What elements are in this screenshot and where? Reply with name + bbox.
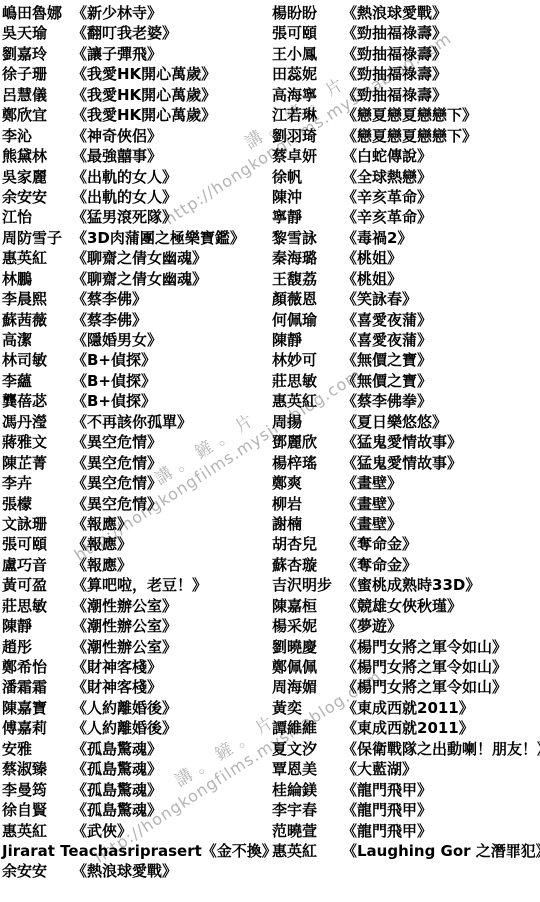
- film-title: 《蜜桃成熟時33D》: [342, 575, 480, 595]
- film-title: 《蔡李佛拳》: [342, 391, 432, 411]
- film-title: 《潮性辦公室》: [72, 616, 177, 636]
- actress-name: 陳靜: [272, 330, 342, 350]
- actress-name: 蘇茜薇: [2, 310, 72, 330]
- film-title: 《蔡李佛》: [72, 310, 147, 330]
- list-item: 惠英紅 《蔡李佛拳》: [272, 391, 540, 411]
- film-title: 《不再該你孤單》: [72, 412, 192, 432]
- actress-name: 江怡: [2, 207, 72, 227]
- list-item: 劉曉慶 《楊門女將之軍令如山》: [272, 637, 540, 657]
- film-list-column-left: 嶋田魯娜 《新少林寺》 吳天瑜 《翻叮我老婆》 劉嘉玲 《讓子彈飛》 徐子珊 《…: [2, 3, 272, 882]
- actress-name: 楊梓瑤: [272, 453, 342, 473]
- list-item: 惠英紅 《武俠》: [2, 821, 272, 841]
- list-item: 周揚 《夏日樂悠悠》: [272, 412, 540, 432]
- list-item: 李蘊 《B+偵探》: [2, 371, 272, 391]
- actress-name: 劉羽琦: [272, 126, 342, 146]
- actress-name: 寧靜: [272, 207, 342, 227]
- list-item: 高潔 《隱婚男女》: [2, 330, 272, 350]
- actress-name: 馮丹瀅: [2, 412, 72, 432]
- film-title: 《戀夏戀夏戀戀下》: [342, 105, 477, 125]
- actress-name: 趙彤: [2, 637, 72, 657]
- list-item: 劉羽琦 《戀夏戀夏戀戀下》: [272, 126, 540, 146]
- actress-name: 楊盼盼: [272, 3, 342, 23]
- film-title: 《無價之寶》: [342, 371, 432, 391]
- film-title: 《財神客棧》: [72, 677, 162, 697]
- film-title: 《競雄女俠秋瑾》: [342, 596, 462, 616]
- film-title: 《畫壁》: [342, 494, 402, 514]
- film-title: 《猛鬼愛情故事》: [342, 453, 462, 473]
- list-item: 陳嘉寶 《人約離婚後》: [2, 698, 272, 718]
- actress-name: 林司敏: [2, 350, 72, 370]
- actress-name: 何佩瑜: [272, 310, 342, 330]
- actress-name: 潘霜霜: [2, 677, 72, 697]
- film-list-page: 講。鏟。片 http://hongkongfilms.mysinablog.co…: [0, 0, 540, 902]
- list-item: 莊思敏 《無價之寶》: [272, 371, 540, 391]
- list-item: 陳芷菁 《異空危情》: [2, 453, 272, 473]
- film-title: 《夢遊》: [342, 616, 402, 636]
- list-item: 熊黛林 《最強囍事》: [2, 146, 272, 166]
- film-title: 《金不換》: [202, 841, 277, 861]
- list-item: 李沁 《神奇俠侶》: [2, 126, 272, 146]
- film-title: 《畫壁》: [342, 514, 402, 534]
- list-item: 桂綸鎂 《龍門飛甲》: [272, 780, 540, 800]
- film-title: 《勁抽福祿壽》: [342, 44, 447, 64]
- list-item: 李宇春 《龍門飛甲》: [272, 800, 540, 820]
- actress-name: 陳芷菁: [2, 453, 72, 473]
- actress-name: 林鵬: [2, 269, 72, 289]
- list-item: 張可頤 《勁抽福祿壽》: [272, 23, 540, 43]
- actress-name: 李曼筠: [2, 780, 72, 800]
- film-title: 《熱浪球愛戰》: [72, 861, 177, 881]
- film-title: 《報應》: [72, 534, 132, 554]
- list-item: 夏文汐 《保衛戰隊之出動喇！朋友！》: [272, 739, 540, 759]
- film-title: 《猛男滾死隊》: [72, 207, 177, 227]
- film-title: 《喜愛夜蒲》: [342, 330, 432, 350]
- film-title: 《隱婚男女》: [72, 330, 162, 350]
- list-item: 張可頤 《報應》: [2, 534, 272, 554]
- actress-name: 吳家麗: [2, 167, 72, 187]
- list-item: 林司敏 《B+偵探》: [2, 350, 272, 370]
- list-item: 盧巧音 《報應》: [2, 555, 272, 575]
- list-item: 陳靜 《潮性辦公室》: [2, 616, 272, 636]
- film-title: 《財神客棧》: [72, 657, 162, 677]
- actress-name: 李卉: [2, 473, 72, 493]
- film-title: 《大藍湖》: [342, 759, 417, 779]
- list-item: 楊采妮 《夢遊》: [272, 616, 540, 636]
- actress-name: 劉曉慶: [272, 637, 342, 657]
- film-title: 《桃姐》: [342, 269, 402, 289]
- list-item: 陳沖 《辛亥革命》: [272, 187, 540, 207]
- actress-name: 蔡淑臻: [2, 759, 72, 779]
- actress-name: 鄭爽: [272, 473, 342, 493]
- actress-name: 鄭希怡: [2, 657, 72, 677]
- film-title: 《異空危情》: [72, 432, 162, 452]
- list-item: 胡杏兒 《奪命金》: [272, 534, 540, 554]
- film-title: 《楊門女將之軍令如山》: [342, 657, 507, 677]
- film-title: 《夏日樂悠悠》: [342, 412, 447, 432]
- film-title: 《出軌的女人》: [72, 187, 177, 207]
- list-item: 王小鳳 《勁抽福祿壽》: [272, 44, 540, 64]
- actress-name: 莊思敏: [2, 596, 72, 616]
- list-item: 余安安 《熱浪球愛戰》: [2, 861, 272, 881]
- actress-name: 吉沢明步: [272, 575, 342, 595]
- film-title: 《我愛HK開心萬歲》: [72, 64, 216, 84]
- film-title: 《毒禍2》: [342, 228, 412, 248]
- list-item: 顏薇恩 《笑詠春》: [272, 289, 540, 309]
- actress-name: 鄭佩佩: [272, 657, 342, 677]
- actress-name: 高海寧: [272, 85, 342, 105]
- actress-name: 楊采妮: [272, 616, 342, 636]
- list-item: 林妙可 《無價之寶》: [272, 350, 540, 370]
- list-item: 黃奕 《東成西就2011》: [272, 698, 540, 718]
- actress-name: 李沁: [2, 126, 72, 146]
- actress-name: 李宇春: [272, 800, 342, 820]
- list-item: 秦海璐 《桃姐》: [272, 248, 540, 268]
- film-title: 《全球熱戀》: [342, 167, 432, 187]
- actress-name: 傅嘉莉: [2, 718, 72, 738]
- actress-name: 盧巧音: [2, 555, 72, 575]
- actress-name: 范曉萱: [272, 821, 342, 841]
- actress-name: 鄭欣宜: [2, 105, 72, 125]
- actress-name: 黃可盈: [2, 575, 72, 595]
- actress-name: 蔡卓妍: [272, 146, 342, 166]
- actress-name: 謝楠: [272, 514, 342, 534]
- list-item: 惠英紅 《Laughing Gor 之潛罪犯》: [272, 841, 540, 861]
- list-item: 嶋田魯娜 《新少林寺》: [2, 3, 272, 23]
- list-item: 林鵬 《聊齋之倩女幽魂》: [2, 269, 272, 289]
- actress-name: 惠英紅: [2, 248, 72, 268]
- list-item: 鄭欣宜 《我愛HK開心萬歲》: [2, 105, 272, 125]
- film-title: 《潮性辦公室》: [72, 596, 177, 616]
- film-title: 《白蛇傳說》: [342, 146, 432, 166]
- list-item: 吳家麗 《出軌的女人》: [2, 167, 272, 187]
- film-title: 《B+偵探》: [72, 391, 156, 411]
- film-title: 《武俠》: [72, 821, 132, 841]
- film-title: 《無價之寶》: [342, 350, 432, 370]
- actress-name: 周海媚: [272, 677, 342, 697]
- film-title: 《異空危情》: [72, 494, 162, 514]
- actress-name: 陳嘉桓: [272, 596, 342, 616]
- list-item: 謝楠 《畫壁》: [272, 514, 540, 534]
- film-title: 《報應》: [72, 514, 132, 534]
- list-item: 寧靜 《辛亥革命》: [272, 207, 540, 227]
- actress-name: 徐自賢: [2, 800, 72, 820]
- actress-name: 余安安: [2, 187, 72, 207]
- actress-name: 莊思敏: [272, 371, 342, 391]
- list-item: 龔蓓苾 《B+偵探》: [2, 391, 272, 411]
- list-item: 周防雪子 《3D肉蒲團之極樂寶鑑》: [2, 228, 272, 248]
- film-title: 《孤島驚魂》: [72, 759, 162, 779]
- actress-name: 陳嘉寶: [2, 698, 72, 718]
- film-title: 《最強囍事》: [72, 146, 162, 166]
- list-item: 傅嘉莉 《人約離婚後》: [2, 718, 272, 738]
- list-item: 范曉萱 《龍門飛甲》: [272, 821, 540, 841]
- film-title: 《我愛HK開心萬歲》: [72, 105, 216, 125]
- actress-name: 蘇杏璇: [272, 555, 342, 575]
- film-title: 《異空危情》: [72, 473, 162, 493]
- list-item: 王馥荔 《桃姐》: [272, 269, 540, 289]
- list-item: 蘇茜薇 《蔡李佛》: [2, 310, 272, 330]
- film-title: 《猛鬼愛情故事》: [342, 432, 462, 452]
- actress-name: 覃恩美: [272, 759, 342, 779]
- actress-name: 吳天瑜: [2, 23, 72, 43]
- actress-name: 黎雪詠: [272, 228, 342, 248]
- list-item: 惠英紅 《聊齋之倩女幽魂》: [2, 248, 272, 268]
- film-title: 《楊門女將之軍令如山》: [342, 637, 507, 657]
- list-item: 莊思敏 《潮性辦公室》: [2, 596, 272, 616]
- film-title: 《讓子彈飛》: [72, 44, 162, 64]
- film-title: 《勁抽福祿壽》: [342, 23, 447, 43]
- film-title: 《東成西就2011》: [342, 698, 474, 718]
- actress-name: 徐帆: [272, 167, 342, 187]
- list-item: 田蕊妮 《勁抽福祿壽》: [272, 64, 540, 84]
- actress-name: Jirarat Teachasriprasert: [2, 841, 202, 861]
- actress-name: 劉嘉玲: [2, 44, 72, 64]
- actress-name: 惠英紅: [272, 841, 342, 861]
- film-title: 《辛亥革命》: [342, 207, 432, 227]
- list-item: 馮丹瀅 《不再該你孤單》: [2, 412, 272, 432]
- actress-name: 張檬: [2, 494, 72, 514]
- list-item: 吳天瑜 《翻叮我老婆》: [2, 23, 272, 43]
- list-item: 張檬 《異空危情》: [2, 494, 272, 514]
- list-item: 安雅 《孤島驚魂》: [2, 739, 272, 759]
- film-title: 《翻叮我老婆》: [72, 23, 177, 43]
- list-item: 李晨熙 《蔡李佛》: [2, 289, 272, 309]
- actress-name: 惠英紅: [2, 821, 72, 841]
- film-list-columns: 嶋田魯娜 《新少林寺》 吳天瑜 《翻叮我老婆》 劉嘉玲 《讓子彈飛》 徐子珊 《…: [2, 3, 540, 882]
- list-item: 鄭爽 《畫壁》: [272, 473, 540, 493]
- film-title: 《勁抽福祿壽》: [342, 64, 447, 84]
- actress-name: 高潔: [2, 330, 72, 350]
- film-title: 《龍門飛甲》: [342, 780, 432, 800]
- list-item: 余安安 《出軌的女人》: [2, 187, 272, 207]
- actress-name: 余安安: [2, 861, 72, 881]
- list-item: 楊盼盼 《熱浪球愛戰》: [272, 3, 540, 23]
- actress-name: 陳沖: [272, 187, 342, 207]
- film-title: 《神奇俠侶》: [72, 126, 162, 146]
- film-title: 《B+偵探》: [72, 371, 156, 391]
- list-item: 徐自賢 《孤島驚魂》: [2, 800, 272, 820]
- film-title: 《出軌的女人》: [72, 167, 177, 187]
- list-item: 黃可盈 《算吧啦，老豆！》: [2, 575, 272, 595]
- film-title: 《異空危情》: [72, 453, 162, 473]
- actress-name: 文詠珊: [2, 514, 72, 534]
- list-item: 文詠珊 《報應》: [2, 514, 272, 534]
- film-title: 《楊門女將之軍令如山》: [342, 677, 507, 697]
- actress-name: 呂慧儀: [2, 85, 72, 105]
- film-title: 《桃姐》: [342, 248, 402, 268]
- film-title: 《龍門飛甲》: [342, 800, 432, 820]
- list-item: 高海寧 《勁抽福祿壽》: [272, 85, 540, 105]
- list-item: 李曼筠 《孤島驚魂》: [2, 780, 272, 800]
- list-item: 李卉 《異空危情》: [2, 473, 272, 493]
- actress-name: 李蘊: [2, 371, 72, 391]
- list-item: 趙彤 《潮性辦公室》: [2, 637, 272, 657]
- actress-name: 夏文汐: [272, 739, 342, 759]
- film-list-column-right: 楊盼盼 《熱浪球愛戰》 張可頤 《勁抽福祿壽》 王小鳳 《勁抽福祿壽》 田蕊妮 …: [272, 3, 540, 882]
- list-item: 蘇杏璇 《奪命金》: [272, 555, 540, 575]
- film-title: 《孤島驚魂》: [72, 780, 162, 800]
- actress-name: 田蕊妮: [272, 64, 342, 84]
- actress-name: 柳岩: [272, 494, 342, 514]
- film-title: 《辛亥革命》: [342, 187, 432, 207]
- film-title: 《孤島驚魂》: [72, 800, 162, 820]
- film-title: 《算吧啦，老豆！》: [72, 575, 207, 595]
- list-item: 蔣雅文 《異空危情》: [2, 432, 272, 452]
- list-item: 劉嘉玲 《讓子彈飛》: [2, 44, 272, 64]
- actress-name: 周揚: [272, 412, 342, 432]
- actress-name: 蔣雅文: [2, 432, 72, 452]
- film-title: 《戀夏戀夏戀戀下》: [342, 126, 477, 146]
- film-title: 《熱浪球愛戰》: [342, 3, 447, 23]
- list-item: 何佩瑜 《喜愛夜蒲》: [272, 310, 540, 330]
- film-title: 《東成西就2011》: [342, 718, 474, 738]
- list-item: 黎雪詠 《毒禍2》: [272, 228, 540, 248]
- list-item: 呂慧儀 《我愛HK開心萬歲》: [2, 85, 272, 105]
- list-item: 潘霜霜 《財神客棧》: [2, 677, 272, 697]
- actress-name: 桂綸鎂: [272, 780, 342, 800]
- film-title: 《蔡李佛》: [72, 289, 147, 309]
- list-item: 譚維維 《東成西就2011》: [272, 718, 540, 738]
- actress-name: 龔蓓苾: [2, 391, 72, 411]
- actress-name: 鄧麗欣: [272, 432, 342, 452]
- actress-name: 林妙可: [272, 350, 342, 370]
- list-item: 吉沢明步 《蜜桃成熟時33D》: [272, 575, 540, 595]
- list-item: 陳靜 《喜愛夜蒲》: [272, 330, 540, 350]
- film-title: 《勁抽福祿壽》: [342, 85, 447, 105]
- list-item: 陳嘉桓 《競雄女俠秋瑾》: [272, 596, 540, 616]
- film-title: 《我愛HK開心萬歲》: [72, 85, 216, 105]
- list-item: 徐帆 《全球熱戀》: [272, 167, 540, 187]
- list-item: 鄭佩佩 《楊門女將之軍令如山》: [272, 657, 540, 677]
- list-item: 蔡淑臻 《孤島驚魂》: [2, 759, 272, 779]
- actress-name: 安雅: [2, 739, 72, 759]
- list-item: 徐子珊 《我愛HK開心萬歲》: [2, 64, 272, 84]
- actress-name: 王小鳳: [272, 44, 342, 64]
- film-title: 《人約離婚後》: [72, 718, 177, 738]
- list-item: 柳岩 《畫壁》: [272, 494, 540, 514]
- actress-name: 江若琳: [272, 105, 342, 125]
- film-title: 《B+偵探》: [72, 350, 156, 370]
- actress-name: 張可頤: [272, 23, 342, 43]
- film-title: 《喜愛夜蒲》: [342, 310, 432, 330]
- list-item: 覃恩美 《大藍湖》: [272, 759, 540, 779]
- list-item: 江怡 《猛男滾死隊》: [2, 207, 272, 227]
- film-title: 《龍門飛甲》: [342, 821, 432, 841]
- film-title: 《奪命金》: [342, 534, 417, 554]
- film-title: 《報應》: [72, 555, 132, 575]
- actress-name: 顏薇恩: [272, 289, 342, 309]
- film-title: 《聊齋之倩女幽魂》: [72, 248, 207, 268]
- film-title: 《孤島驚魂》: [72, 739, 162, 759]
- list-item: 鄭希怡 《財神客棧》: [2, 657, 272, 677]
- film-title: 《Laughing Gor 之潛罪犯》: [342, 841, 540, 861]
- actress-name: 張可頤: [2, 534, 72, 554]
- film-title: 《保衛戰隊之出動喇！朋友！》: [342, 739, 540, 759]
- film-title: 《聊齋之倩女幽魂》: [72, 269, 207, 289]
- film-title: 《奪命金》: [342, 555, 417, 575]
- actress-name: 王馥荔: [272, 269, 342, 289]
- film-title: 《畫壁》: [342, 473, 402, 493]
- actress-name: 熊黛林: [2, 146, 72, 166]
- actress-name: 陳靜: [2, 616, 72, 636]
- actress-name: 惠英紅: [272, 391, 342, 411]
- film-title: 《人約離婚後》: [72, 698, 177, 718]
- actress-name: 周防雪子: [2, 228, 72, 248]
- list-item: 楊梓瑤 《猛鬼愛情故事》: [272, 453, 540, 473]
- actress-name: 嶋田魯娜: [2, 3, 72, 23]
- actress-name: 秦海璐: [272, 248, 342, 268]
- actress-name: 李晨熙: [2, 289, 72, 309]
- list-item: 蔡卓妍 《白蛇傳說》: [272, 146, 540, 166]
- list-item: Jirarat Teachasriprasert 《金不換》: [2, 841, 272, 861]
- list-item: 周海媚 《楊門女將之軍令如山》: [272, 677, 540, 697]
- actress-name: 胡杏兒: [272, 534, 342, 554]
- list-item: 鄧麗欣 《猛鬼愛情故事》: [272, 432, 540, 452]
- film-title: 《新少林寺》: [72, 3, 162, 23]
- actress-name: 黃奕: [272, 698, 342, 718]
- film-title: 《笑詠春》: [342, 289, 417, 309]
- actress-name: 徐子珊: [2, 64, 72, 84]
- film-title: 《3D肉蒲團之極樂寶鑑》: [72, 228, 245, 248]
- actress-name: 譚維維: [272, 718, 342, 738]
- film-title: 《潮性辦公室》: [72, 637, 177, 657]
- list-item: 江若琳 《戀夏戀夏戀戀下》: [272, 105, 540, 125]
